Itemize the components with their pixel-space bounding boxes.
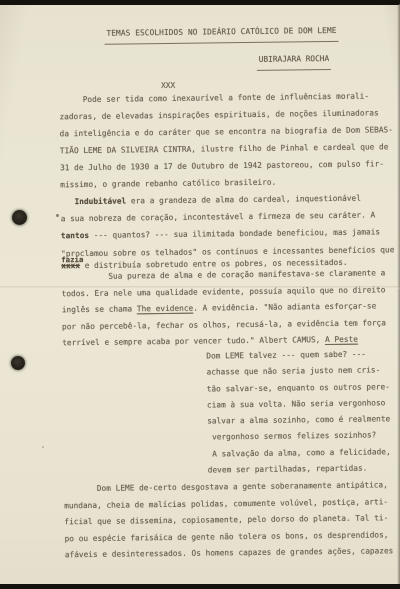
text-line: achasse que não seria justo nem cris- xyxy=(206,363,389,382)
quote-block: Dom LEME talvez --- quem sabe? ---achass… xyxy=(206,346,391,479)
text-line: devem ser partilhadas, repartidas. xyxy=(208,460,391,479)
text-segment: TIÃO LEME DA SILVEIRA CINTRA, ilustre fi… xyxy=(60,142,389,155)
emphasized-text: Indubitável xyxy=(75,196,127,206)
text-segment: ficial que se dissemina, copiosamente, p… xyxy=(64,513,388,526)
text-segment: todos. Era nele uma qualidade evidente, … xyxy=(62,285,386,298)
text-segment: devem ser partilhadas, repartidas. xyxy=(208,464,368,475)
text-segment: salvar a alma sozinho, como é realmente xyxy=(207,414,390,425)
text-segment: vergonhoso sermos felizes sozinhos? xyxy=(207,431,376,442)
text-line: afáveis e desinteressados. Os homens cap… xyxy=(65,543,394,564)
text-segment: inglês se chama xyxy=(62,304,137,314)
text-segment: ciam à sua volta. Não seria vergonhoso xyxy=(207,398,385,409)
emphasized-text: fazia xyxy=(61,255,83,264)
text-segment: 31 de Julho de 1930 a 17 de Outubro de 1… xyxy=(60,159,384,172)
text-segment: zadoras, de elevadas inspirações espirit… xyxy=(59,108,378,121)
typewritten-text-layer: TEMAS ESCOLHIDOS NO IDEÁRIO CATÓLICO DE … xyxy=(0,0,400,589)
text-segment: achasse que não seria justo nem cris- xyxy=(207,366,381,377)
text-segment: da inteligência e do caráter que se enco… xyxy=(60,125,393,138)
text-segment: terrível e sempre acaba por vencer tudo.… xyxy=(62,335,325,347)
paragraph-1: Pode ser tida como inexaurível a fonte d… xyxy=(59,87,394,193)
text-segment: míssimo, o grande rebanho católico brasi… xyxy=(60,178,276,190)
text-segment: mundana, cheia de malícias polidas, comu… xyxy=(64,497,388,510)
text-segment: por não percebê-la, fechar os olhos, rec… xyxy=(62,318,386,331)
text-segment: --- quantos? --- sua ilimitada bondade b… xyxy=(89,228,380,241)
document-title: TEMAS ESCOLHIDOS NO IDEÁRIO CATÓLICO DE … xyxy=(104,22,338,45)
text-segment: a sua nobreza de coração, incontestável … xyxy=(61,211,376,224)
interline-insertion: fazia xyxy=(61,256,83,264)
paragraph-3: Sua pureza de alma e de coração manifest… xyxy=(61,265,386,351)
text-segment: Pode ser tida como inexaurível a fonte d… xyxy=(59,91,369,104)
text-segment: afáveis e desinteressados. Os homens cap… xyxy=(65,546,394,559)
emphasized-text: The evidence xyxy=(137,304,193,314)
text-segment xyxy=(60,197,74,206)
author-byline: UBIRAJARA ROCHA xyxy=(257,50,332,71)
text-segment: Dom LEME de-certo desgostava a gente sob… xyxy=(64,480,388,493)
text-segment: Dom LEME talvez --- quem sabe? --- xyxy=(206,350,366,361)
scanned-page: TEMAS ESCOLHIDOS NO IDEÁRIO CATÓLICO DE … xyxy=(0,0,400,589)
text-segment: Sua pureza de alma e de coração manifest… xyxy=(61,268,385,281)
text-segment: . A evidência. "Não adianta esforçar-se xyxy=(193,301,376,312)
text-segment: po ou espécie farisáica de gente não tol… xyxy=(65,530,389,543)
text-line: fazia xyxy=(61,256,83,264)
paragraph-2: Indubitável era a grandeza de alma do ca… xyxy=(60,189,394,274)
emphasized-text: tantos xyxy=(61,231,89,240)
text-segment: era a grandeza de alma do cardeal, inque… xyxy=(126,194,361,206)
emphasized-text: A Peste xyxy=(325,335,358,344)
text-line: vergonhoso sermos felizes sozinhos? xyxy=(207,428,390,447)
text-segment: tão salvar-se, enquanto os outros pere- xyxy=(207,382,390,393)
text-segment: A salvação da alma, como a felicidade, xyxy=(208,447,391,458)
paragraph-4: Dom LEME de-certo desgostava a gente sob… xyxy=(64,477,394,564)
